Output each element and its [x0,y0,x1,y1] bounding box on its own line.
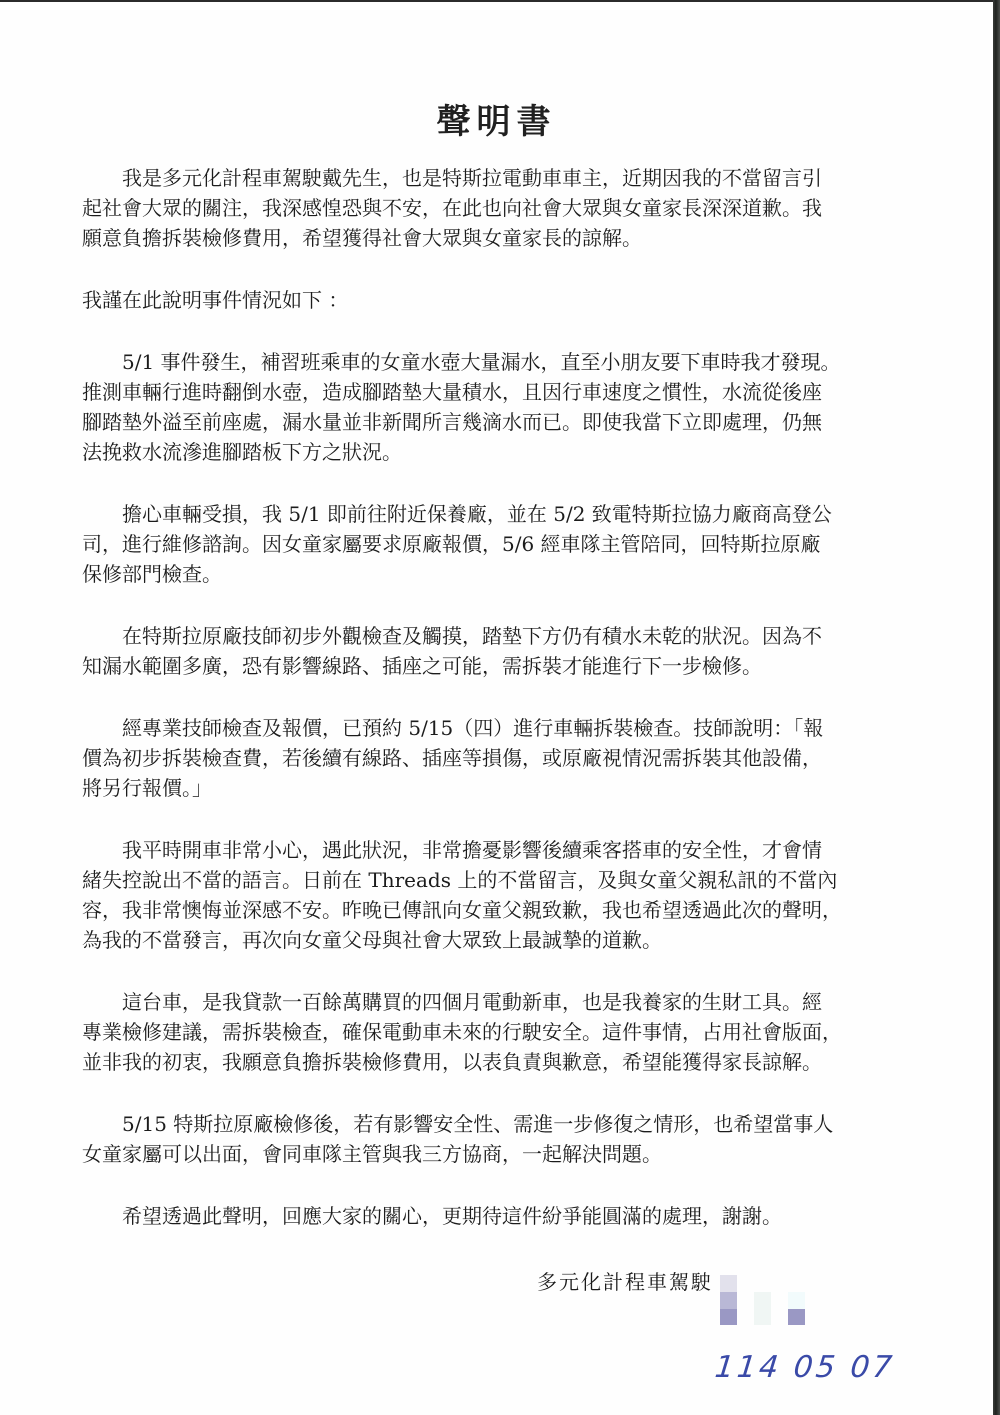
paragraph-line: 5/1 事件發生，補習班乘車的女童水壺大量漏水，直至小朋友要下車時我才發現。 [82,347,894,377]
paragraph-line: 願意負擔拆裝檢修費用，希望獲得社會大眾與女童家長的諒解。 [82,223,894,253]
paragraph-line: 將另行報價。」 [82,773,894,803]
paragraph-line: 經專業技師檢查及報價，已預約 5/15（四）進行車輛拆裝檢查。技師說明：「報 [82,713,894,743]
paragraph-line: 保修部門檢查。 [82,559,894,589]
paragraph-line: 專業檢修建議，需拆裝檢查，確保電動車未來的行駛安全。這件事情，占用社會版面， [82,1017,894,1047]
paragraph-line: 5/15 特斯拉原廠檢修後，若有影響安全性、需進一步修復之情形，也希望當事人 [82,1109,894,1139]
paragraph-line: 法挽救水流滲進腳踏板下方之狀況。 [82,437,894,467]
paragraph-line: 女童家屬可以出面，會同車隊主管與我三方協商，一起解決問題。 [82,1139,894,1169]
paragraph-line: 起社會大眾的關注，我深感惶恐與不安，在此也向社會大眾與女童家長深深道歉。我 [82,193,894,223]
paragraph-line: 我平時開車非常小心，遇此狀況，非常擔憂影響後續乘客搭車的安全性，才會情 [82,835,894,865]
paragraph-line: 推測車輛行進時翻倒水壺，造成腳踏墊大量積水，且因行車速度之慣性，水流從後座 [82,377,894,407]
paragraph-follow-up: 5/15 特斯拉原廠檢修後，若有影響安全性、需進一步修復之情形，也希望當事人 女… [82,1109,894,1169]
paragraph-line: 價為初步拆裝檢查費，若後續有線路、插座等損傷，或原廠視情況需拆裝其他設備， [82,743,894,773]
paragraph-inspection: 在特斯拉原廠技師初步外觀檢查及觸摸，踏墊下方仍有積水未乾的狀況。因為不 知漏水範… [82,621,894,681]
scan-top-edge [0,0,1000,2]
paragraph-line: 知漏水範圍多廣，恐有影響線路、插座之可能，需拆裝才能進行下一步檢修。 [82,651,894,681]
paragraph-incident: 5/1 事件發生，補習班乘車的女童水壺大量漏水，直至小朋友要下車時我才發現。 推… [82,347,894,467]
scanned-document-page: 聲明書 我是多元化計程車駕駛戴先生，也是特斯拉電動車車主，近期因我的不當留言引 … [0,0,993,1415]
paragraph-vehicle: 這台車，是我貸款一百餘萬購買的四個月電動新車，也是我養家的生財工具。經 專業檢修… [82,987,894,1077]
paragraph-line: 我是多元化計程車駕駛戴先生，也是特斯拉電動車車主，近期因我的不當留言引 [82,163,894,193]
scan-right-edge [993,0,1000,1415]
paragraph-line: 並非我的初衷，我願意負擔拆裝檢修費用，以表負責與歉意，希望能獲得家長諒解。 [82,1047,894,1077]
paragraph-apology: 我平時開車非常小心，遇此狀況，非常擔憂影響後續乘客搭車的安全性，才會情 緒失控說… [82,835,894,955]
paragraph-intro: 我是多元化計程車駕駛戴先生，也是特斯拉電動車車主，近期因我的不當留言引 起社會大… [82,163,894,253]
paragraph-line: 司，進行維修諮詢。因女童家屬要求原廠報價，5/6 經車隊主管陪同，回特斯拉原廠 [82,529,894,559]
document-title: 聲明書 [0,100,993,144]
paragraph-line: 我謹在此說明事件情況如下 ： [82,285,894,315]
handwritten-date: 114 05 07 [713,1350,896,1385]
paragraph-line: 這台車，是我貸款一百餘萬購買的四個月電動新車，也是我養家的生財工具。經 [82,987,894,1017]
paragraph-explanation-heading: 我謹在此說明事件情況如下 ： [82,285,894,315]
paragraph-line: 在特斯拉原廠技師初步外觀檢查及觸摸，踏墊下方仍有積水未乾的狀況。因為不 [82,621,894,651]
paragraph-line: 緒失控說出不當的語言。日前在 Threads 上的不當留言，及與女童父親私訊的不… [82,865,894,895]
paragraph-line: 希望透過此聲明，回應大家的關心，更期待這件紛爭能圓滿的處理，謝謝。 [82,1201,894,1231]
paragraph-line: 腳踏墊外溢至前座處，漏水量並非新聞所言幾滴水而已。即使我當下立即處理，仍無 [82,407,894,437]
document-body: 我是多元化計程車駕駛戴先生，也是特斯拉電動車車主，近期因我的不當留言引 起社會大… [82,163,894,1231]
paragraph-quote: 經專業技師檢查及報價，已預約 5/15（四）進行車輛拆裝檢查。技師說明：「報 價… [82,713,894,803]
paragraph-line: 為我的不當發言，再次向女童父母與社會大眾致上最誠摯的道歉。 [82,925,894,955]
paragraph-line: 擔心車輛受損，我 5/1 即前往附近保養廠，並在 5/2 致電特斯拉協力廠商高登… [82,499,894,529]
paragraph-closing: 希望透過此聲明，回應大家的關心，更期待這件紛爭能圓滿的處理，謝謝。 [82,1201,894,1231]
paragraph-repair-consultation: 擔心車輛受損，我 5/1 即前往附近保養廠，並在 5/2 致電特斯拉協力廠商高登… [82,499,894,589]
redacted-name-mosaic [720,1275,810,1325]
signature-line: 多元化計程車駕駛 [537,1268,713,1296]
paragraph-line: 容，我非常懊悔並深感不安。昨晚已傳訊向女童父親致歉，我也希望透過此次的聲明， [82,895,894,925]
